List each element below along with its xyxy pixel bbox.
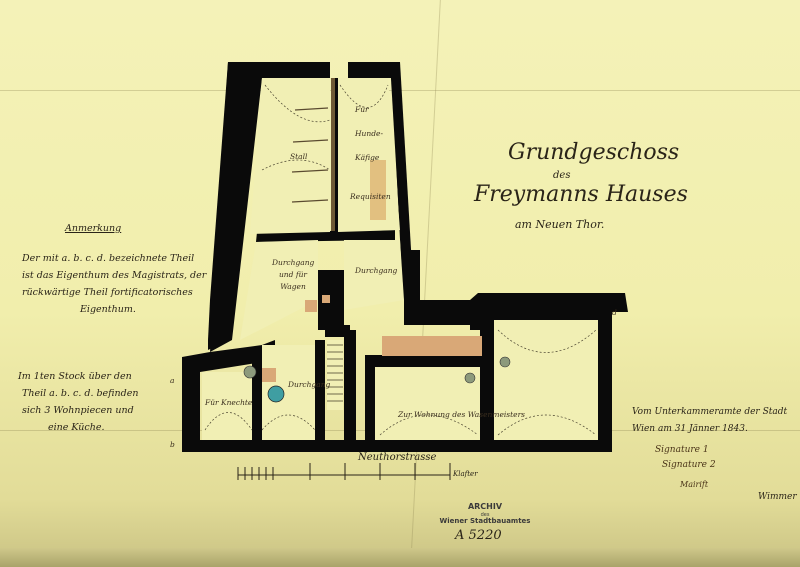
certification-line1: Vom Unterkammeramte der Stadt: [632, 407, 787, 417]
room-label-durchgang-small: Durchgang: [288, 380, 330, 389]
floor-note-line: Im 1ten Stock über den: [18, 368, 132, 385]
room-label-durchgang-wagen: Durchgang und für Wagen: [272, 257, 314, 293]
corner-mark-a: a: [170, 376, 174, 385]
floor-note-line: Theil a. b. c. d. befinden: [22, 385, 138, 402]
signature: Signature 1: [655, 445, 709, 455]
annotation-heading: Anmerkung: [65, 220, 121, 237]
room-label-durchgang: Durchgang: [355, 266, 397, 275]
corner-mark-d: d: [612, 308, 617, 317]
title-line1: Grundgeschoss: [508, 140, 679, 165]
certification-line2: Wien am 31 Jänner 1843.: [632, 424, 748, 434]
corner-mark-b: b: [170, 440, 175, 449]
signature: Wimmer: [758, 492, 797, 502]
archive-number: A 5220: [455, 528, 502, 543]
scale-bar: [238, 463, 450, 480]
room-label-knechte: Für Knechte: [205, 398, 252, 407]
archive-stamp-line3: Wiener Stadtbauamtes: [425, 517, 545, 525]
scale-unit: Klafter: [453, 470, 478, 478]
staircase: [327, 340, 343, 410]
scan-edge: [0, 548, 800, 567]
signature: Mairift: [680, 480, 708, 489]
room-label-hunde: Für Hunde-Käfige: [355, 98, 385, 170]
floor-note-line: eine Küche.: [48, 419, 105, 436]
room-label-wasenmeister: Zur Wohnung des Wasenmeisters: [398, 410, 525, 419]
room-label-requisiten: Requisiten: [350, 192, 391, 201]
floor-note-line: sich 3 Wohnpiecen und: [22, 402, 134, 419]
title-line4: am Neuen Thor.: [515, 218, 604, 231]
annotation-line: rückwärtige Theil fortificatorisches: [22, 284, 193, 301]
title-line2: des: [553, 170, 570, 181]
annotation-line: ist das Eigenthum des Magistrats, der: [22, 267, 206, 284]
annotation-line: Der mit a. b. c. d. bezeichnete Theil: [22, 250, 194, 267]
archive-stamp-line1: ARCHIV: [440, 502, 530, 511]
title-line3: Freymanns Hauses: [474, 182, 688, 207]
room-label-stall: Stall: [290, 152, 307, 161]
signature: Signature 2: [662, 460, 716, 470]
annotation-line: Eigenthum.: [80, 301, 136, 318]
street-label: Neuthorstrasse: [358, 452, 436, 463]
